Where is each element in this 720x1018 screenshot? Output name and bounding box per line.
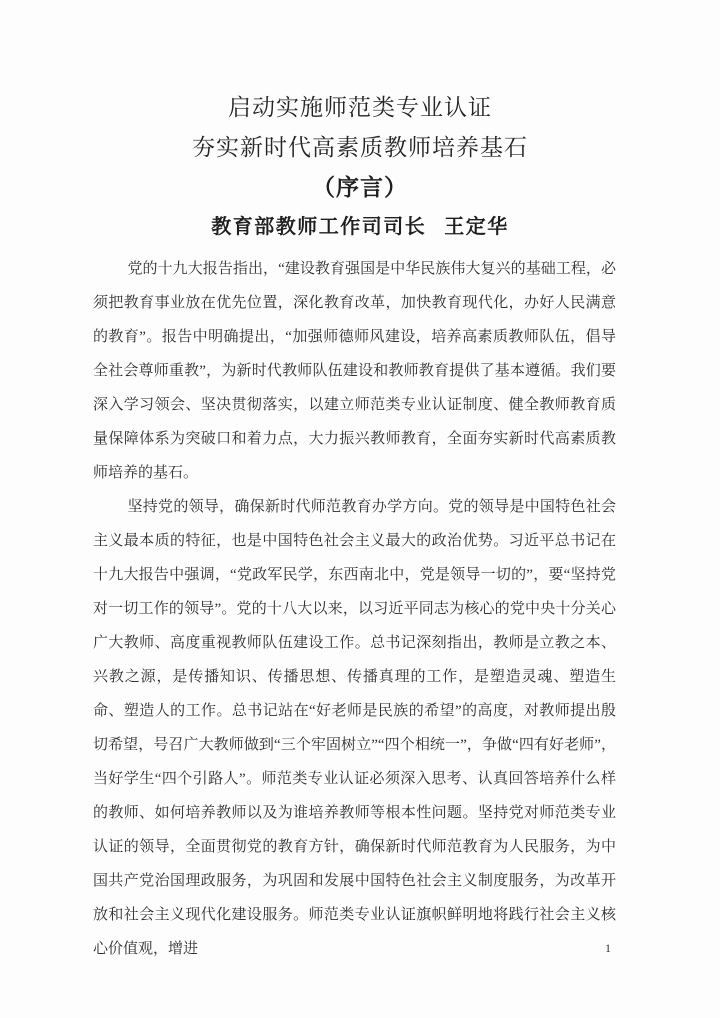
author-name: 王定华 bbox=[444, 216, 509, 238]
author-line: 教育部教师工作司司长王定华 bbox=[0, 208, 720, 246]
doc-title: 启动实施师范类专业认证 夯实新时代高素质教师培养基石 bbox=[0, 88, 720, 168]
body-paragraph: 党的十九大报告指出，“建设教育强国是中华民族伟大复兴的基础工程，必须把教育事业放… bbox=[93, 252, 616, 490]
page-number: 1 bbox=[605, 941, 611, 955]
document-heading: 启动实施师范类专业认证 夯实新时代高素质教师培养基石 （序言） 教育部教师工作司… bbox=[0, 0, 720, 246]
doc-subtitle: （序言） bbox=[0, 168, 720, 208]
document-page: 启动实施师范类专业认证 夯实新时代高素质教师培养基石 （序言） 教育部教师工作司… bbox=[0, 0, 720, 1018]
body-paragraph: 坚持党的领导，确保新时代师范教育办学方向。党的领导是中国特色社会主义最本质的特征… bbox=[93, 490, 616, 966]
doc-title-line-1: 启动实施师范类专业认证 bbox=[0, 88, 720, 128]
page-footer: 1 bbox=[598, 941, 618, 956]
document-body: 党的十九大报告指出，“建设教育强国是中华民族伟大复兴的基础工程，必须把教育事业放… bbox=[93, 252, 616, 966]
doc-title-line-2: 夯实新时代高素质教师培养基石 bbox=[0, 128, 720, 168]
author-title: 教育部教师工作司司长 bbox=[211, 216, 426, 238]
